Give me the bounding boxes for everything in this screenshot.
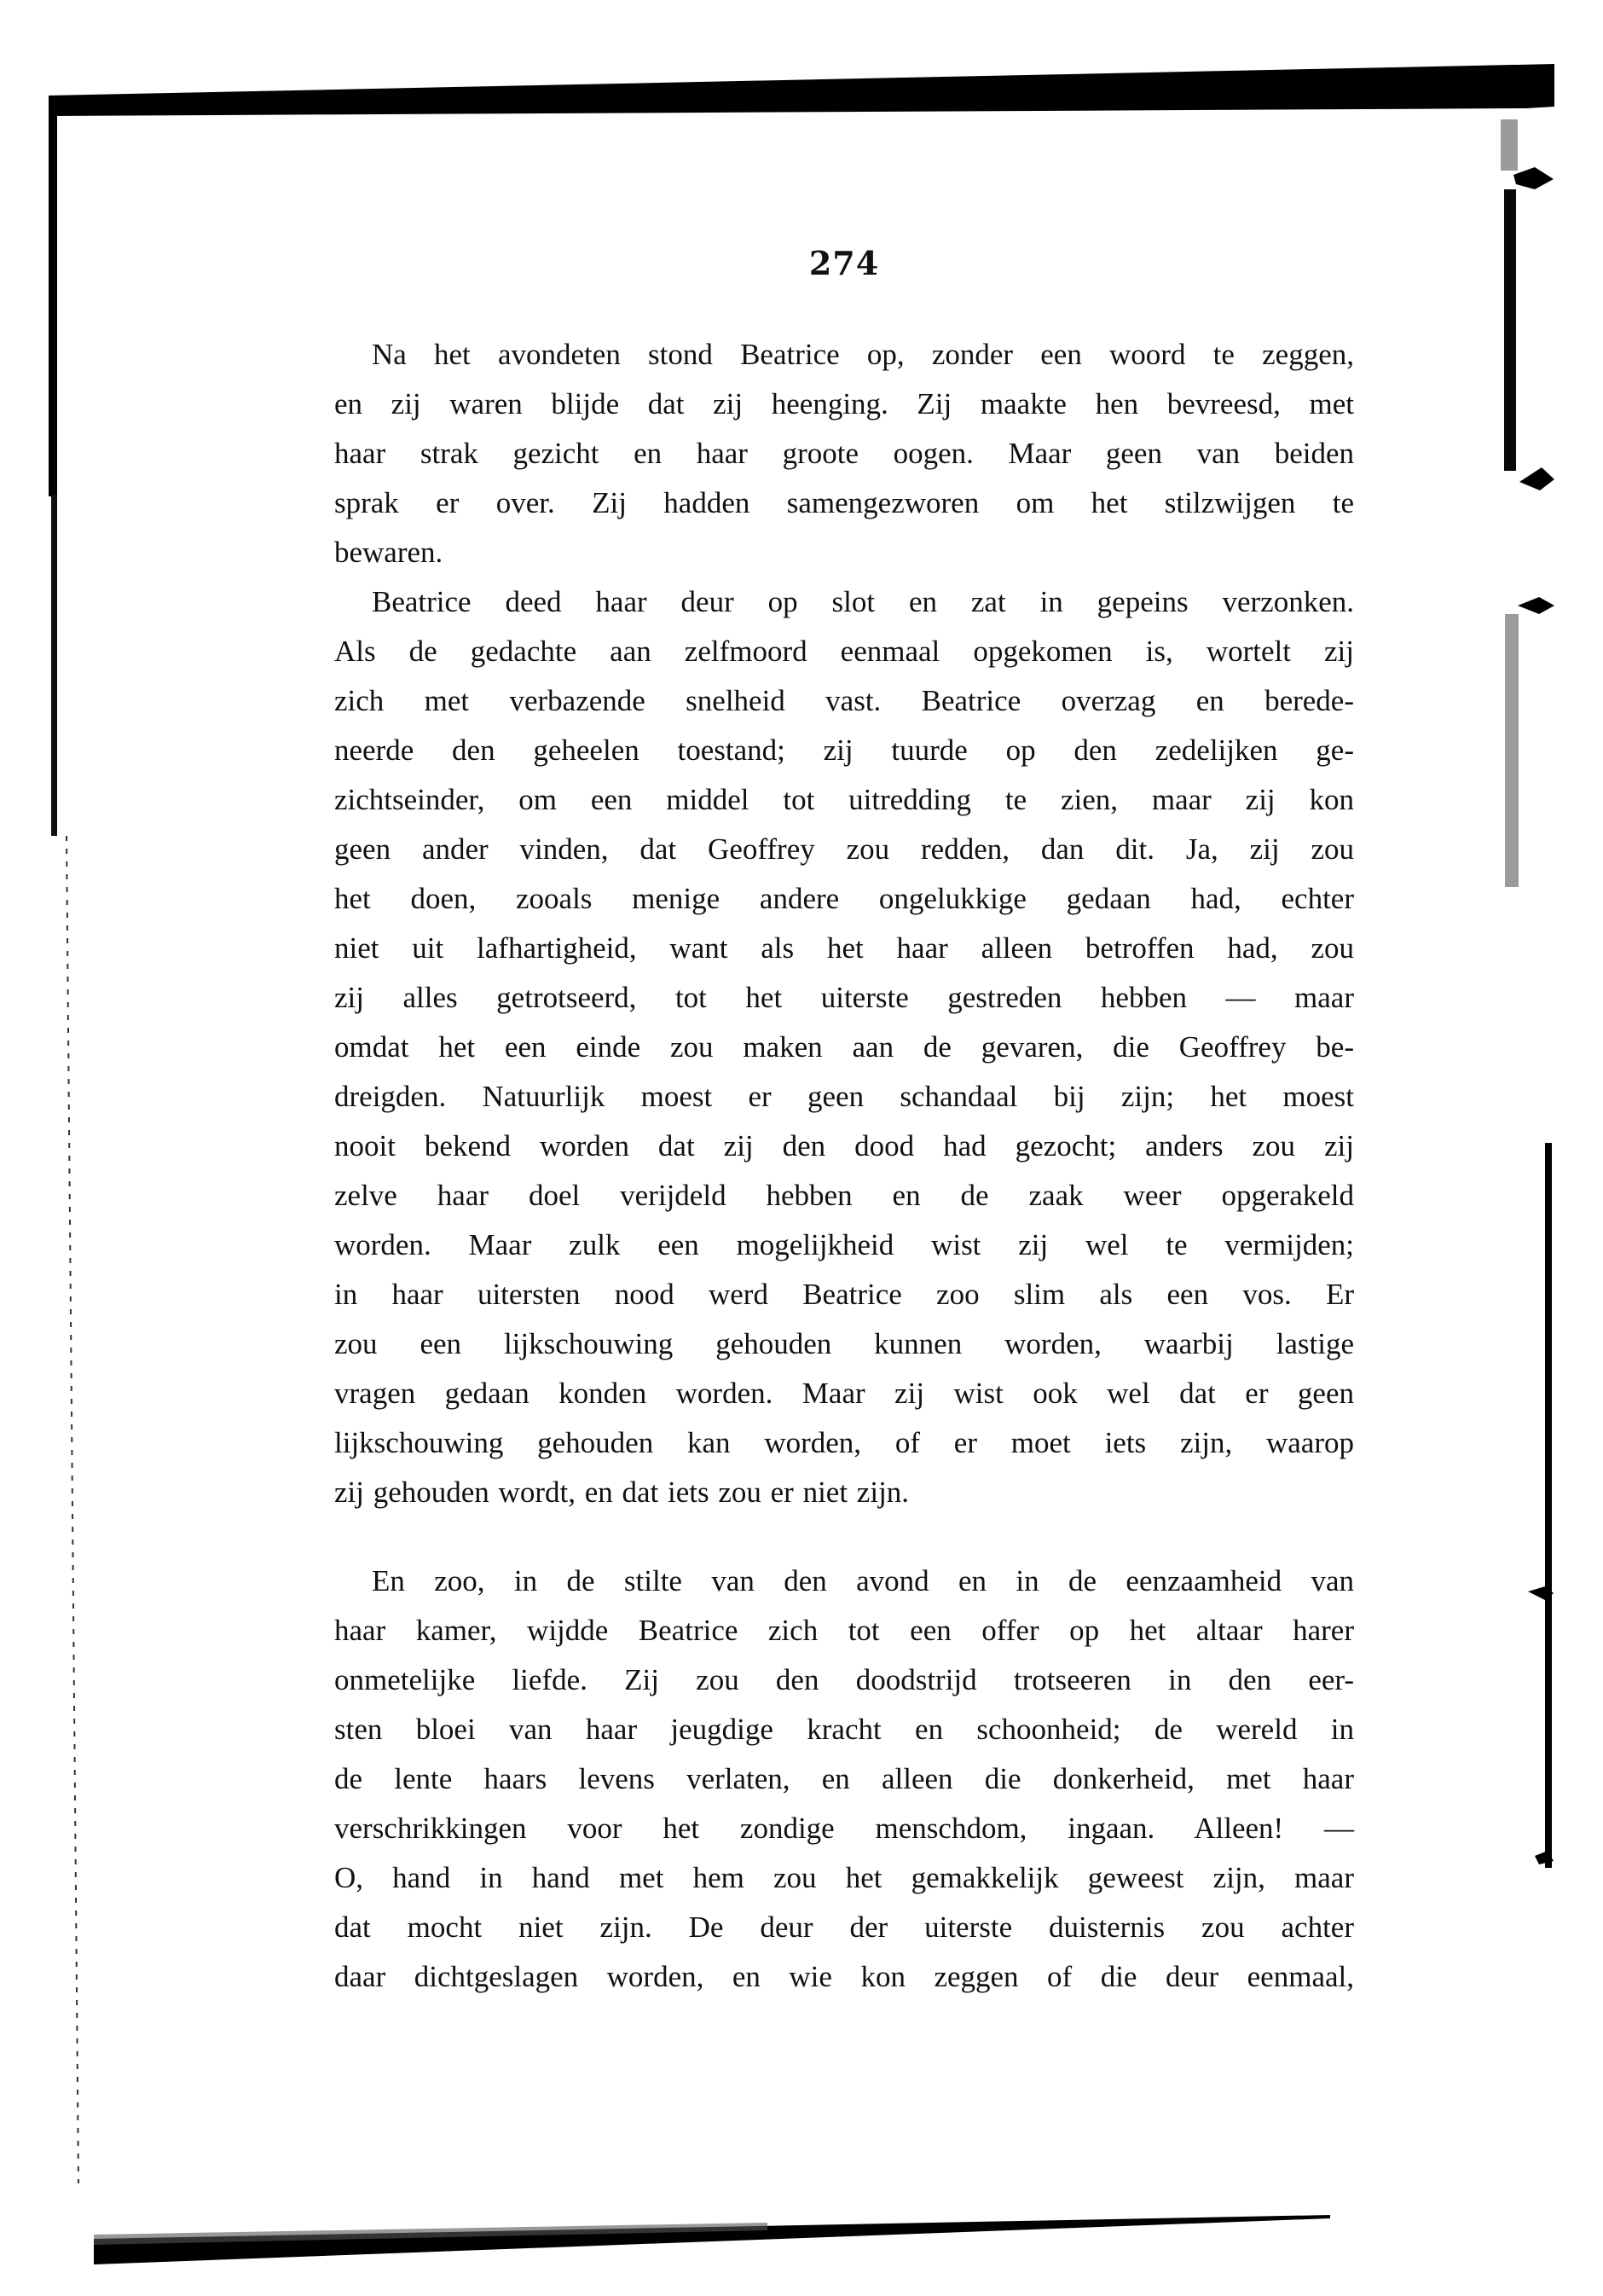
text-line: sten bloei van haar jeugdige kracht en s… <box>334 1705 1354 1754</box>
text-line: En zoo, in de stilte van den avond en in… <box>334 1557 1354 1606</box>
paragraph-3: En zoo, in de stilte van den avond en in… <box>334 1557 1354 2002</box>
text-line: Beatrice deed haar deur op slot en zat i… <box>334 577 1354 627</box>
text-line: zelve haar doel verijdeld hebben en de z… <box>334 1171 1354 1220</box>
text-line: de lente haars levens verlaten, en allee… <box>334 1754 1354 1804</box>
text-line: zich met verbazende snelheid vast. Beatr… <box>334 676 1354 726</box>
body-text: Na het avondeten stond Beatrice op, zond… <box>334 330 1354 2002</box>
text-line: dreigden. Natuurlijk moest er geen schan… <box>334 1072 1354 1122</box>
text-line: nooit bekend worden dat zij den dood had… <box>334 1122 1354 1171</box>
text-line: omdat het een einde zou maken aan de gev… <box>334 1023 1354 1072</box>
text-line: bewaren. <box>334 528 1354 577</box>
text-line: niet uit lafhartigheid, want als het haa… <box>334 924 1354 973</box>
page-number: 274 <box>801 244 887 282</box>
text-line: haar kamer, wijdde Beatrice zich tot een… <box>334 1606 1354 1655</box>
top-edge-shadow <box>49 64 1554 116</box>
text-line: zij gehouden wordt, en dat iets zou er n… <box>334 1468 1354 1517</box>
text-line: lijkschouwing gehouden kan worden, of er… <box>334 1418 1354 1468</box>
text-line: vragen gedaan konden worden. Maar zij wi… <box>334 1369 1354 1418</box>
text-line: O, hand in hand met hem zou het gemakkel… <box>334 1853 1354 1903</box>
paragraph-2: Beatrice deed haar deur op slot en zat i… <box>334 577 1354 1517</box>
text-line: geen ander vinden, dat Geoffrey zou redd… <box>334 825 1354 874</box>
text-line: in haar uitersten nood werd Beatrice zoo… <box>334 1270 1354 1319</box>
text-line: worden. Maar zulk een mogelijkheid wist … <box>334 1220 1354 1270</box>
text-line: neerde den geheelen toestand; zij tuurde… <box>334 726 1354 775</box>
text-line: verschrikkingen voor het zondige menschd… <box>334 1804 1354 1853</box>
text-line: Na het avondeten stond Beatrice op, zond… <box>334 330 1354 380</box>
text-line: daar dichtgeslagen worden, en wie kon ze… <box>334 1952 1354 2002</box>
text-line: en zij waren blijde dat zij heenging. Zi… <box>334 380 1354 429</box>
text-line: zichtseinder, om een middel tot uitreddi… <box>334 775 1354 825</box>
right-edge-streak <box>1504 189 1516 471</box>
text-line: zou een lijkschouwing gehouden kunnen wo… <box>334 1319 1354 1369</box>
text-line: Als de gedachte aan zelfmoord eenmaal op… <box>334 627 1354 676</box>
text-line: sprak er over. Zij hadden samengezworen … <box>334 478 1354 528</box>
text-line: onmetelijke liefde. Zij zou den doodstri… <box>334 1655 1354 1705</box>
paragraph-1: Na het avondeten stond Beatrice op, zond… <box>334 330 1354 577</box>
text-line: haar strak gezicht en haar groote oogen.… <box>334 429 1354 478</box>
text-line: het doen, zooals menige andere ongelukki… <box>334 874 1354 924</box>
text-line: dat mocht niet zijn. De deur der uiterst… <box>334 1903 1354 1952</box>
text-line: zij alles getrotseerd, tot het uiterste … <box>334 973 1354 1023</box>
left-edge-shadow <box>49 96 57 496</box>
